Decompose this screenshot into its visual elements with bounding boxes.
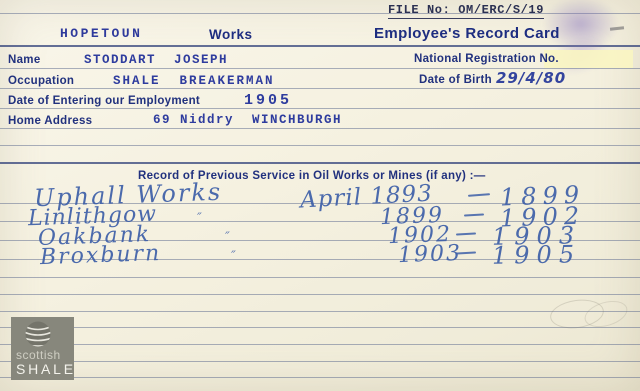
ruled-line — [0, 311, 640, 312]
scottish-shale-logo: scottish SHALE — [11, 317, 74, 380]
name-label: Name — [8, 54, 41, 66]
ruled-line — [0, 327, 640, 328]
ruled-line-thick — [0, 45, 640, 47]
occupation-label: Occupation — [8, 75, 74, 87]
works-name-stamp: HOPETOUN — [60, 26, 142, 41]
national-registration-label: National Registration No. — [414, 53, 559, 65]
date-of-birth-label: Date of Birth — [419, 74, 492, 86]
pencil-dash — [610, 26, 624, 30]
logo-text-shale: SHALE — [16, 361, 76, 377]
ruled-line — [0, 344, 640, 345]
home-address-value: 69 Niddry WINCHBURGH — [153, 113, 342, 127]
ruled-line — [0, 277, 640, 278]
logo-text-scottish: scottish — [16, 348, 61, 362]
service-to-year: 1905 — [492, 240, 582, 270]
service-place: Broxburn — [40, 241, 162, 270]
card-title: Employee's Record Card — [374, 25, 560, 42]
date-entering-label: Date of Entering our Employment — [8, 95, 200, 107]
service-dash — [456, 232, 476, 235]
ditto-mark: ″ — [231, 249, 236, 264]
date-entering-value: 1905 — [244, 92, 292, 109]
ruled-line — [0, 108, 640, 109]
ruled-line — [0, 294, 640, 295]
ruled-line-thick — [0, 162, 640, 164]
ditto-mark: ″ — [225, 230, 230, 245]
name-value: STODDART JOSEPH — [84, 53, 228, 67]
ruled-line — [0, 128, 640, 129]
occupation-value: SHALE BREAKERMAN — [113, 74, 275, 88]
service-from-year: 1903 — [398, 241, 463, 268]
ruled-line — [0, 88, 640, 89]
ruled-line — [0, 361, 640, 362]
ditto-mark: ″ — [197, 211, 202, 226]
ruled-line — [0, 377, 640, 378]
date-of-birth-value: 29/4/80 — [496, 69, 566, 87]
ruled-line — [0, 145, 640, 146]
service-dash — [464, 213, 484, 216]
employee-record-card: FILE No: OM/ERC/S/19 HOPETOUN Works Empl… — [0, 0, 640, 391]
file-number: FILE No: OM/ERC/S/19 — [388, 3, 544, 19]
home-address-label: Home Address — [8, 115, 92, 127]
service-dash — [456, 251, 476, 254]
works-label: Works — [209, 27, 253, 42]
service-dash — [468, 193, 490, 197]
